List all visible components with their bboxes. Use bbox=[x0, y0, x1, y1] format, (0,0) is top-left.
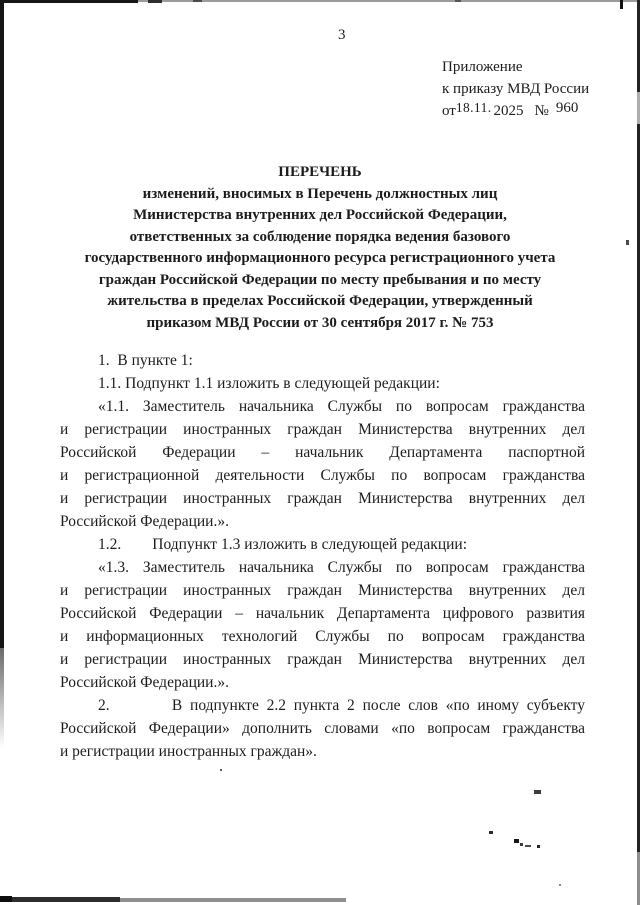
title-line: ПЕРЕЧЕНЬ bbox=[40, 162, 600, 184]
scan-border-left-fade bbox=[0, 648, 4, 748]
body-line: и регистрации иностранных граждан Минист… bbox=[60, 579, 585, 602]
scan-border-bottom-blob bbox=[0, 896, 12, 902]
body-line: «1.1. Заместитель начальника Службы по в… bbox=[60, 395, 585, 418]
appendix-line-1: Приложение bbox=[442, 57, 589, 79]
scan-speck bbox=[534, 790, 541, 794]
body-line: 2. В подпункте 2.2 пункта 2 после слов «… bbox=[60, 694, 585, 717]
body-line: и регистрации иностранных граждан Минист… bbox=[60, 648, 585, 671]
body-paragraph: «1.3. Заместитель начальника Службы по в… bbox=[60, 556, 585, 694]
scan-tick-right-margin bbox=[626, 240, 629, 245]
order-date: 18.11. bbox=[456, 100, 492, 115]
body-line: и регистрации иностранных граждан Минист… bbox=[60, 418, 585, 441]
body-line: и информационных технологий Службы по во… bbox=[60, 625, 585, 648]
order-year: 2025 bbox=[494, 103, 524, 119]
body-line: и регистрации иностранных граждан». bbox=[60, 740, 585, 763]
document-title: ПЕРЕЧЕНЬ изменений, вносимых в Перечень … bbox=[40, 162, 600, 334]
page-number: 3 bbox=[338, 27, 346, 44]
scan-border-top-gray bbox=[138, 0, 640, 2]
number-sign: № bbox=[535, 103, 549, 119]
scan-border-top-patch bbox=[455, 0, 461, 2]
body-line: 1. В пункте 1: bbox=[60, 349, 585, 372]
body-line: Российской Федерации – начальник Департа… bbox=[60, 441, 585, 464]
title-line: граждан Российской Федерации по месту пр… bbox=[40, 270, 600, 292]
scan-speck bbox=[559, 884, 561, 886]
document-body: 1. В пункте 1: 1.1. Подпункт 1.1 изложит… bbox=[60, 349, 585, 763]
title-line: государственного информационного ресурса… bbox=[40, 248, 600, 270]
scan-speck bbox=[489, 831, 493, 834]
scan-border-bottom-gray bbox=[120, 898, 346, 902]
scan-speck bbox=[525, 845, 531, 847]
body-paragraph: 1.2. Подпункт 1.3 изложить в следующей р… bbox=[60, 533, 585, 556]
scan-speck bbox=[537, 845, 540, 848]
scan-border-top bbox=[0, 0, 138, 3]
body-line: «1.3. Заместитель начальника Службы по в… bbox=[60, 556, 585, 579]
body-line: 1.1. Подпункт 1.1 изложить в следующей р… bbox=[60, 372, 585, 395]
body-paragraph: 1. В пункте 1: bbox=[60, 349, 585, 372]
scan-border-bottom-dark bbox=[0, 897, 120, 902]
date-prefix: от bbox=[442, 103, 456, 119]
scan-tick-top-right bbox=[620, 0, 623, 9]
scan-speck bbox=[520, 843, 523, 846]
title-line: Министерства внутренних дел Российской Ф… bbox=[40, 205, 600, 227]
scan-speck bbox=[514, 839, 519, 843]
body-line: и регистрационной деятельности Службы по… bbox=[60, 464, 585, 487]
scan-border-top-patch bbox=[193, 0, 202, 2]
body-line: 1.2. Подпункт 1.3 изложить в следующей р… bbox=[60, 533, 585, 556]
title-line: ответственных за соблюдение порядка веде… bbox=[40, 227, 600, 249]
body-paragraph: 1.1. Подпункт 1.1 изложить в следующей р… bbox=[60, 372, 585, 395]
body-paragraph: 2. В подпункте 2.2 пункта 2 после слов «… bbox=[60, 694, 585, 763]
scan-border-left bbox=[0, 0, 4, 648]
appendix-header: Приложение к приказу МВД России от18.11.… bbox=[442, 57, 589, 123]
title-line: приказом МВД России от 30 сентября 2017 … bbox=[40, 313, 600, 335]
body-line: Российской Федерации.». bbox=[60, 671, 585, 694]
body-line: Российской Федерации» дополнить словами … bbox=[60, 717, 585, 740]
title-line: жительства в пределах Российской Федерац… bbox=[40, 291, 600, 313]
body-line: Российской Федерации – начальник Департа… bbox=[60, 602, 585, 625]
order-number: 960 bbox=[556, 100, 579, 116]
body-paragraph: «1.1. Заместитель начальника Службы по в… bbox=[60, 395, 585, 533]
scan-speck bbox=[220, 769, 222, 771]
body-line: Российской Федерации.». bbox=[60, 510, 585, 533]
body-line: и регистрации иностранных граждан Минист… bbox=[60, 487, 585, 510]
scan-border-top-patch bbox=[148, 0, 162, 3]
title-line: изменений, вносимых в Перечень должностн… bbox=[40, 184, 600, 206]
appendix-line-2: к приказу МВД России bbox=[442, 79, 589, 101]
document-page: 3 Приложение к приказу МВД России от18.1… bbox=[0, 0, 640, 905]
appendix-date-line: от18.11.2025№960 bbox=[442, 100, 589, 123]
